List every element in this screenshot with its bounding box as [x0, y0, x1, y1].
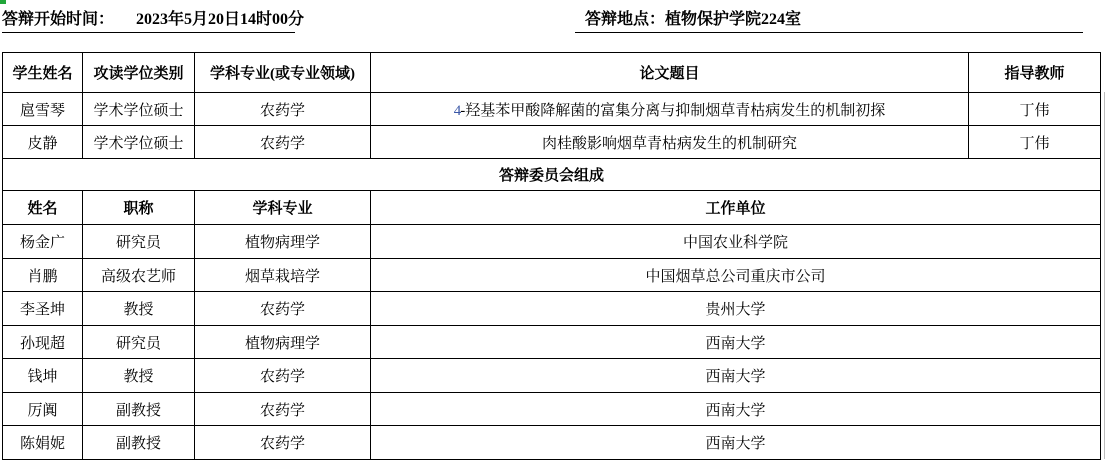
- member-unit: 西南大学: [371, 426, 1101, 460]
- member-name: 李圣坤: [3, 292, 83, 326]
- member-major: 烟草栽培学: [195, 259, 371, 292]
- member-name: 陈娟妮: [3, 426, 83, 460]
- student-major: 农药学: [195, 126, 371, 159]
- member-title: 教授: [83, 359, 195, 393]
- member-name: 肖鹏: [3, 259, 83, 292]
- student-degree: 学术学位硕士: [83, 126, 195, 159]
- col-header-advisor: 指导教师: [969, 53, 1101, 93]
- col-header-student-name: 学生姓名: [3, 53, 83, 93]
- member-major: 农药学: [195, 426, 371, 460]
- member-major: 农药学: [195, 359, 371, 393]
- committee-row: 钱坤 教授 农药学 西南大学: [3, 359, 1101, 393]
- col-header-member-title: 职称: [83, 191, 195, 225]
- committee-row: 李圣坤 教授 农药学 贵州大学: [3, 292, 1101, 326]
- defense-location-value: 植物保护学院224室: [665, 11, 801, 28]
- col-header-degree-type: 攻读学位类别: [83, 53, 195, 93]
- member-unit: 中国烟草总公司重庆市公司: [371, 259, 1101, 292]
- col-header-major: 学科专业(或专业领域): [195, 53, 371, 93]
- committee-section-row: 答辩委员会组成: [3, 159, 1101, 191]
- committee-row: 陈娟妮 副教授 农药学 西南大学: [3, 426, 1101, 460]
- member-name: 杨金广: [3, 225, 83, 259]
- student-advisor: 丁伟: [969, 93, 1101, 126]
- member-name: 厉阗: [3, 393, 83, 426]
- thesis-title-text: 肉桂酸影响烟草青枯病发生的机制研究: [542, 136, 797, 152]
- student-row: 扈雪琴 学术学位硕士 农药学 4-羟基苯甲酸降解菌的富集分离与抑制烟草青枯病发生…: [3, 93, 1101, 126]
- committee-row: 杨金广 研究员 植物病理学 中国农业科学院: [3, 225, 1101, 259]
- member-major: 农药学: [195, 393, 371, 426]
- defense-location: 答辩地点：植物保护学院224室: [575, 8, 1083, 33]
- student-major: 农药学: [195, 93, 371, 126]
- member-title: 副教授: [83, 426, 195, 460]
- member-unit: 贵州大学: [371, 292, 1101, 326]
- member-unit: 中国农业科学院: [371, 225, 1101, 259]
- member-unit: 西南大学: [371, 326, 1101, 359]
- member-name: 钱坤: [3, 359, 83, 393]
- member-title: 研究员: [83, 225, 195, 259]
- member-title: 教授: [83, 292, 195, 326]
- member-major: 植物病理学: [195, 225, 371, 259]
- col-header-member-major: 学科专业: [195, 191, 371, 225]
- col-header-member-name: 姓名: [3, 191, 83, 225]
- green-corner-mark: [0, 0, 6, 4]
- member-major: 农药学: [195, 292, 371, 326]
- member-unit: 西南大学: [371, 359, 1101, 393]
- thesis-title-text: -羟基苯甲酸降解菌的富集分离与抑制烟草青枯病发生的机制初探: [460, 103, 885, 119]
- defense-table: 学生姓名 攻读学位类别 学科专业(或专业领域) 论文题目 指导教师 扈雪琴 学术…: [2, 52, 1101, 460]
- committee-header-row: 姓名 职称 学科专业 工作单位: [3, 191, 1101, 225]
- student-thesis-title: 4-羟基苯甲酸降解菌的富集分离与抑制烟草青枯病发生的机制初探: [371, 93, 969, 126]
- student-degree: 学术学位硕士: [83, 93, 195, 126]
- committee-row: 厉阗 副教授 农药学 西南大学: [3, 393, 1101, 426]
- committee-section-title: 答辩委员会组成: [3, 159, 1101, 191]
- member-major: 植物病理学: [195, 326, 371, 359]
- member-title: 高级农艺师: [83, 259, 195, 292]
- defense-start-time: 答辩开始时间：2023年5月20日14时00分: [2, 8, 295, 33]
- student-name: 皮静: [3, 126, 83, 159]
- defense-start-time-label: 答辩开始时间：: [2, 11, 114, 28]
- committee-row: 孙现超 研究员 植物病理学 西南大学: [3, 326, 1101, 359]
- defense-start-time-value: 2023年5月20日14时00分: [136, 11, 304, 28]
- students-header-row: 学生姓名 攻读学位类别 学科专业(或专业领域) 论文题目 指导教师: [3, 53, 1101, 93]
- student-row: 皮静 学术学位硕士 农药学 肉桂酸影响烟草青枯病发生的机制研究 丁伟: [3, 126, 1101, 159]
- student-name: 扈雪琴: [3, 93, 83, 126]
- defense-schedule-sheet: 答辩开始时间：2023年5月20日14时00分 答辩地点：植物保护学院224室 …: [0, 0, 1108, 462]
- col-header-thesis-title: 论文题目: [371, 53, 969, 93]
- member-unit: 西南大学: [371, 393, 1101, 426]
- defense-location-label: 答辩地点：: [585, 11, 665, 28]
- member-name: 孙现超: [3, 326, 83, 359]
- committee-row: 肖鹏 高级农艺师 烟草栽培学 中国烟草总公司重庆市公司: [3, 259, 1101, 292]
- adjacent-column-gridline: [1104, 92, 1105, 459]
- member-title: 副教授: [83, 393, 195, 426]
- member-title: 研究员: [83, 326, 195, 359]
- student-thesis-title: 肉桂酸影响烟草青枯病发生的机制研究: [371, 126, 969, 159]
- student-advisor: 丁伟: [969, 126, 1101, 159]
- col-header-member-unit: 工作单位: [371, 191, 1101, 225]
